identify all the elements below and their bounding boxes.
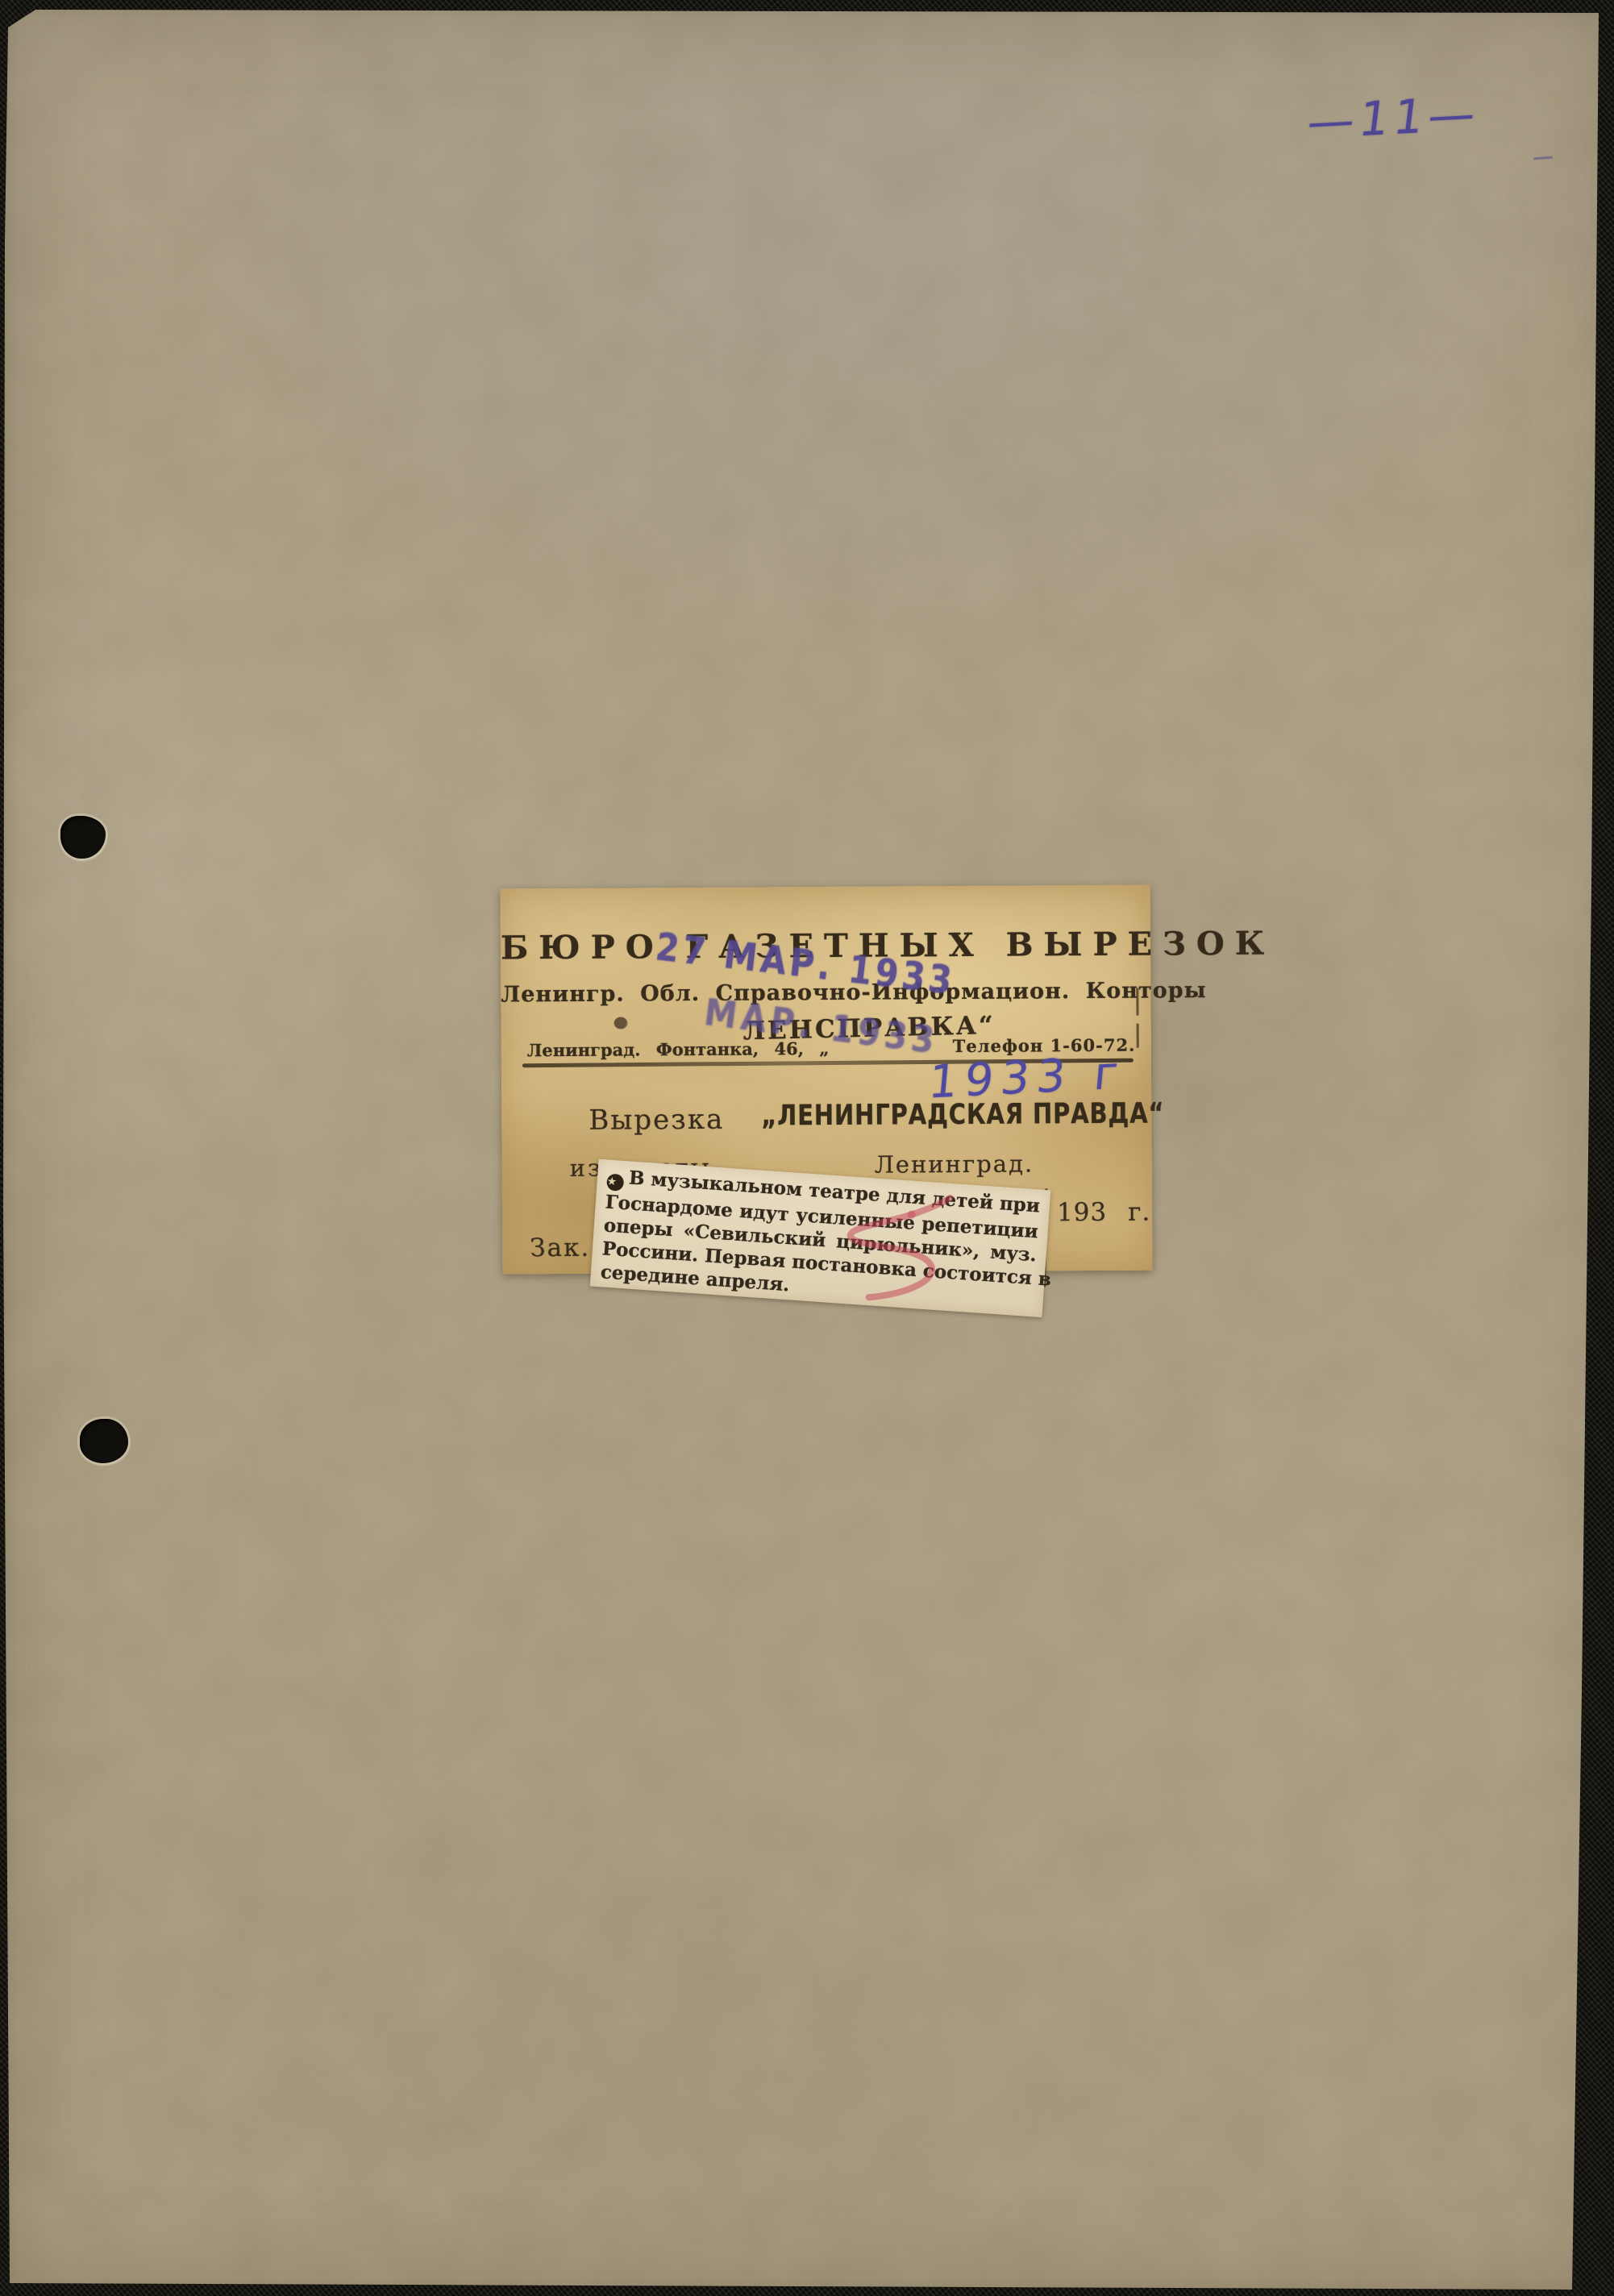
punch-hole — [60, 816, 106, 859]
newspaper-clipping: ★В музыкальном театре для детей при Госн… — [590, 1159, 1051, 1317]
year-blank-field: 193г. — [1057, 1198, 1150, 1228]
scan-background: { "page": { "page_number": "—11—", "page… — [0, 0, 1614, 2296]
year-blank-digits: 193 — [1057, 1198, 1107, 1227]
edge-tick-mark — [1136, 988, 1138, 1016]
punch-hole — [80, 1419, 128, 1463]
label-field-cutout: Вырезка — [589, 1104, 724, 1137]
album-page: —11— ‒ БЮРО ГАЗЕТНЫХ ВЫРЕЗОК Ленингр. Об… — [0, 0, 1614, 2296]
edge-tick-mark — [1137, 1024, 1139, 1048]
handwritten-dash: ‒ — [1530, 135, 1555, 177]
label-city: Ленинград. — [875, 1150, 1034, 1178]
clipping-bureau-label: БЮРО ГАЗЕТНЫХ ВЫРЕЗОК Ленингр. Обл. Спра… — [501, 885, 1153, 1275]
star-icon: ★ — [606, 1174, 624, 1192]
year-suffix: г. — [1128, 1198, 1150, 1227]
newspaper-name: „ЛЕНИНГРАДСКАЯ ПРАВДА“ — [761, 1097, 1164, 1132]
handwritten-page-number: —11— — [1304, 85, 1483, 150]
emblem-dot-icon — [614, 1017, 628, 1029]
